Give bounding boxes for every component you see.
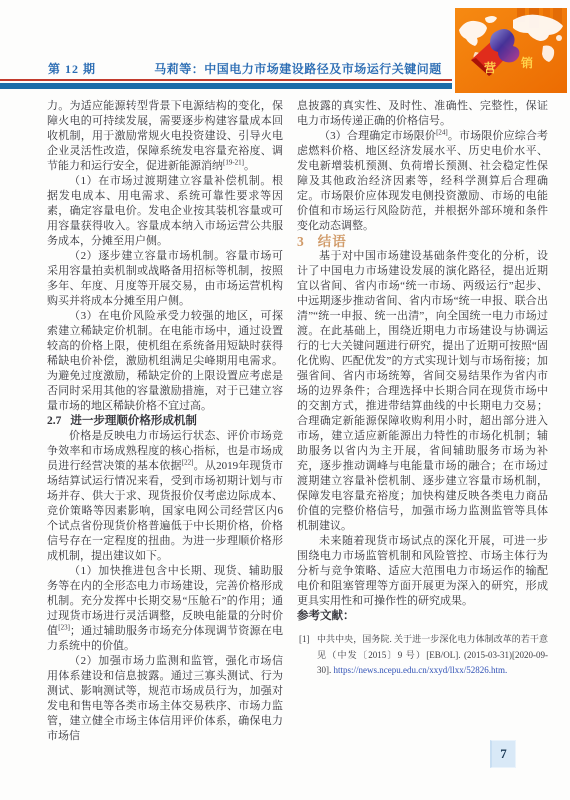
paragraph-text: ；通过辅助服务市场充分体现调节资源在电力系统中的价值。 xyxy=(47,625,283,652)
page-number: 7 xyxy=(500,746,507,762)
paragraph: （2）逐步建立容量市场机制。容量市场可采用容量拍卖机制或战略备用招标等机制，按照… xyxy=(47,249,283,309)
paragraph-continuation: 力。为适应能源转型背景下电源结构的变化，保障火电的可持续发展，需要逐步构建容量成… xyxy=(47,99,283,174)
paragraph-text: （3）合理确定市场限价 xyxy=(319,130,436,142)
paragraph-text: 。市场限价应综合考虑燃料价格、地区经济发展水平、历史电价水平、发电新增装机预测、… xyxy=(297,130,548,232)
subsection-heading: 2.7进一步理顺价格形成机制 xyxy=(47,414,283,429)
paragraph-text: 。 xyxy=(244,160,255,172)
header-rule-blue xyxy=(0,83,452,89)
left-column: 力。为适应能源转型背景下电源结构的变化，保障火电的可持续发展，需要逐步构建容量成… xyxy=(47,99,283,744)
journal-page: 第 12 期 马莉等：中国电力市场建设路径及市场运行关键问题 xyxy=(0,0,570,800)
citation-superscript: [22] xyxy=(182,458,194,466)
journal-logo-graphic: 营 销 xyxy=(455,8,567,93)
references-heading: 参考文献： xyxy=(297,609,548,624)
paragraph: 基于对中国市场建设基础条件变化的分析，设计了中国电力市场建设发展的演化路径，提出… xyxy=(297,249,548,534)
section-number: 3 xyxy=(297,234,305,249)
right-column: 息披露的真实性、及时性、准确性、完整性，保证电力市场传递正确的价格信号。 （3）… xyxy=(297,99,548,679)
subsection-number: 2.7 xyxy=(47,415,61,427)
reference-item: [1]中共中央，国务院. 关于进一步深化电力体制改革的若干意见（中发〔2015〕… xyxy=(297,632,548,679)
paragraph: （1）加快推进包含中长期、现货、辅助服务等在内的全形态电力市场建设，完善价格形成… xyxy=(47,564,283,654)
section-heading-conclusion: 3结语 xyxy=(297,234,548,249)
citation-superscript: [23] xyxy=(58,623,70,631)
citation-superscript: [24] xyxy=(436,128,448,136)
logo-char-left: 营 xyxy=(484,60,496,75)
page-number-badge: 7 xyxy=(490,740,516,768)
paragraph-text: 。从2019年现货市场结算试运行情况来看，受到市场初期计划与市场并存、供大于求、… xyxy=(47,460,283,562)
paragraph: （3）在电价风险承受力较强的地区，可探索建立稀缺定价机制。在电能市场中，通过设置… xyxy=(47,309,283,414)
citation-superscript: [19-21] xyxy=(223,158,244,166)
paragraph: （3）合理确定市场限价[24]。市场限价应综合考虑燃料价格、地区经济发展水平、历… xyxy=(297,129,548,234)
paragraph: （1）在市场过渡期建立容量补偿机制。根据发电成本、用电需求、系统可靠性要求等因素… xyxy=(47,174,283,249)
paragraph: 价格是反映电力市场运行状态、评价市场竞争效率和市场成熟程度的核心指标，也是市场成… xyxy=(47,429,283,564)
reference-link[interactable]: https://news.ncepu.edu.cn/xxyd/llxx/5282… xyxy=(334,665,508,675)
journal-logo: 营 销 xyxy=(455,8,567,93)
reference-number: [1] xyxy=(299,632,310,648)
paragraph: （2）加强市场力监测和监管，强化市场信用体系建设和信息披露。通过三寡头测试、行为… xyxy=(47,654,283,744)
paragraph-continuation: 息披露的真实性、及时性、准确性、完整性，保证电力市场传递正确的价格信号。 xyxy=(297,99,548,129)
paragraph: 未来随着现货市场试点的深化开展，可进一步围绕电力市场监管机制和风险管控、市场主体… xyxy=(297,534,548,609)
subsection-title: 进一步理顺价格形成机制 xyxy=(70,415,197,427)
logo-char-right: 销 xyxy=(521,55,533,70)
header-rule-red xyxy=(0,79,452,81)
section-title: 结语 xyxy=(318,234,347,249)
